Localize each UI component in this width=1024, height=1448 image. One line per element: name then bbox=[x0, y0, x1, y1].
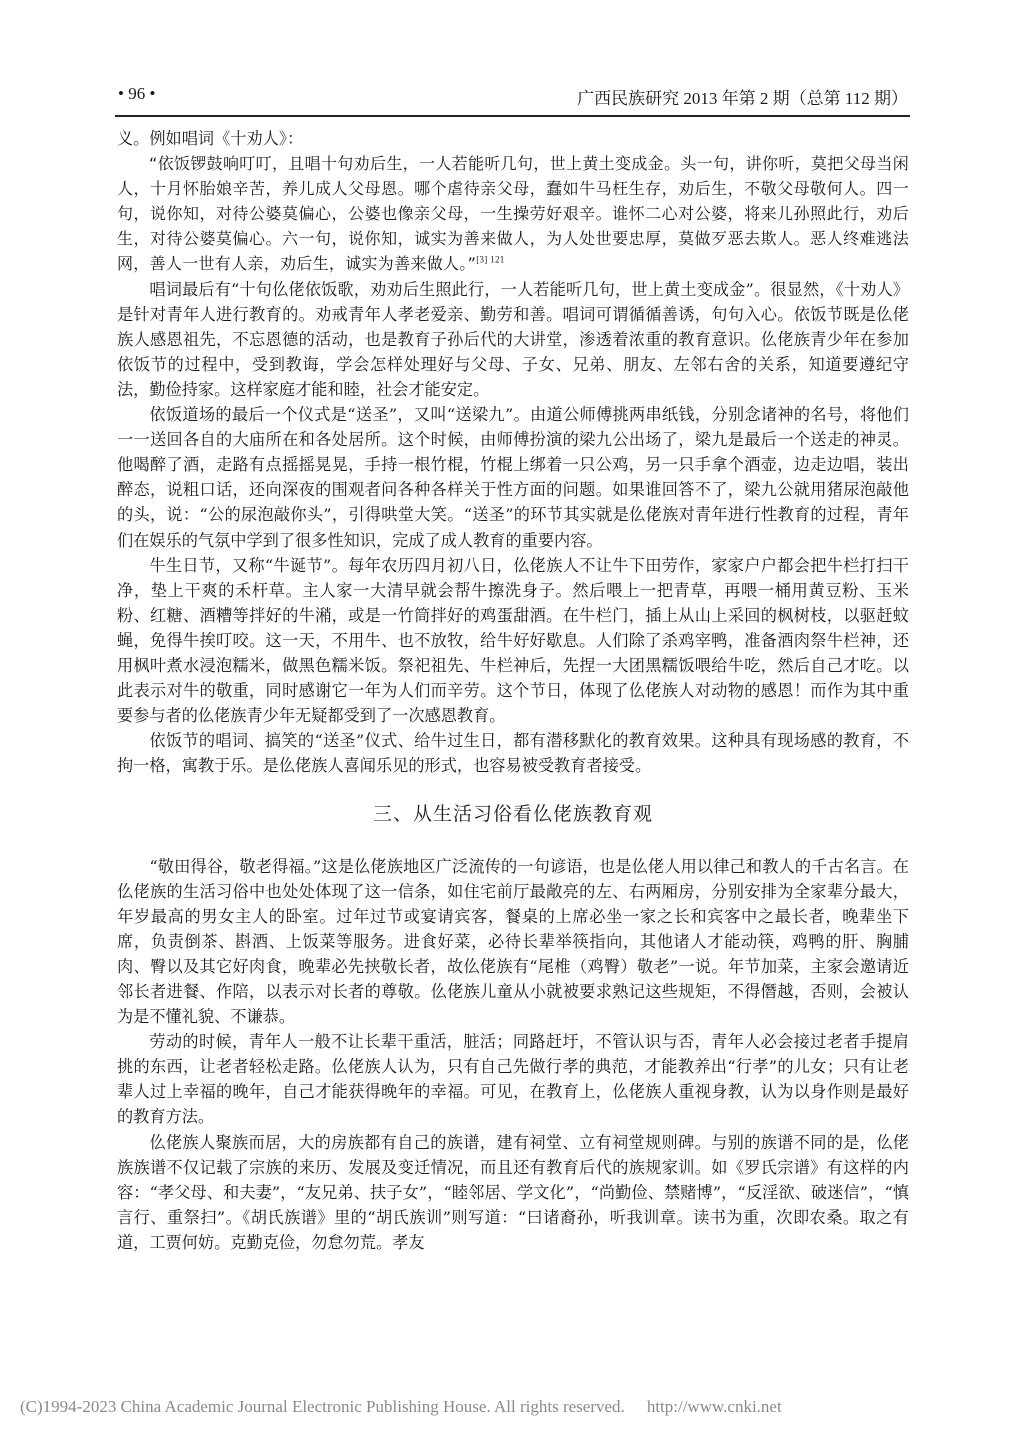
paragraph: 牛生日节，又称“牛诞节”。每年农历四月初八日，仫佬族人不让牛下田劳作，家家户户都… bbox=[117, 553, 909, 729]
paragraph: “敬田得谷，敬老得福。”这是仫佬族地区广泛流传的一句谚语，也是仫佬人用以律己和教… bbox=[117, 854, 909, 1030]
paragraph: 唱词最后有“十句仫佬依饭歌，劝劝后生照此行，一人若能听几句，世上黄土变成金”。很… bbox=[117, 277, 909, 402]
intro-line: 义。例如唱词《十劝人》： bbox=[117, 126, 909, 151]
song-lyrics-quote: “依饭锣鼓响叮叮，且唱十句劝后生，一人若能听几句，世上黄土变成金。头一句，讲你听… bbox=[117, 151, 909, 276]
article-body: 义。例如唱词《十劝人》： “依饭锣鼓响叮叮，且唱十句劝后生，一人若能听几句，世上… bbox=[117, 126, 909, 1255]
section-heading: 三、从生活习俗看仫佬族教育观 bbox=[117, 802, 909, 827]
copyright-text: (C)1994-2023 China Academic Journal Elec… bbox=[20, 1397, 625, 1416]
copyright-footer: (C)1994-2023 China Academic Journal Elec… bbox=[20, 1397, 1020, 1417]
footer-url[interactable]: http://www.cnki.net bbox=[647, 1397, 782, 1416]
journal-page: • 96 • 广西民族研究 2013 年第 2 期（总第 112 期） 义。例如… bbox=[0, 0, 1024, 1448]
journal-issue-info: 广西民族研究 2013 年第 2 期（总第 112 期） bbox=[577, 84, 908, 109]
citation: [3] 121 bbox=[476, 255, 504, 265]
running-header: • 96 • 广西民族研究 2013 年第 2 期（总第 112 期） bbox=[118, 84, 908, 110]
quote-text: “依饭锣鼓响叮叮，且唱十句劝后生，一人若能听几句，世上黄土变成金。头一句，讲你听… bbox=[117, 154, 909, 273]
paragraph: 依饭节的唱词、搞笑的“送圣”仪式、给牛过生日，都有潜移默化的教育效果。这种具有现… bbox=[117, 728, 909, 778]
paragraph: 依饭道场的最后一个仪式是“送圣”，又叫“送梁九”。由道公师傅挑两串纸钱，分别念诸… bbox=[117, 402, 909, 553]
paragraph: 劳动的时候，青年人一般不让长辈干重活，脏活；同路赶圩，不管认识与否，青年人必会接… bbox=[117, 1029, 909, 1129]
page-number: • 96 • bbox=[118, 84, 155, 104]
header-rule bbox=[115, 115, 910, 117]
paragraph: 仫佬族人聚族而居，大的房族都有自己的族谱，建有祠堂、立有祠堂规则碑。与别的族谱不… bbox=[117, 1130, 909, 1255]
